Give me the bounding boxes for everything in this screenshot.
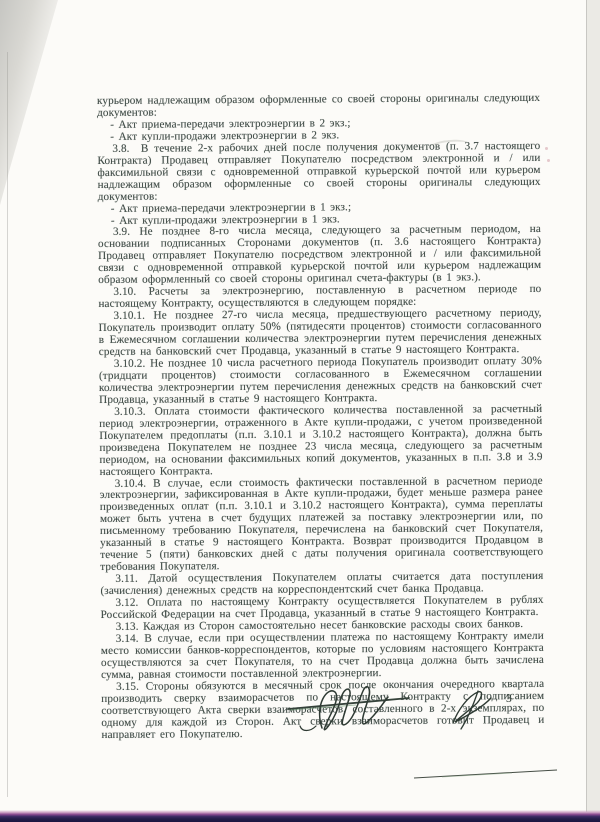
fold-line xyxy=(412,766,560,780)
scan-edge-right-line xyxy=(586,0,587,812)
contract-paragraph: 3.10.1. Не позднее 27-го числа месяца, п… xyxy=(99,308,542,359)
scan-corner-shadow xyxy=(0,0,72,230)
contract-paragraph: 3.10.2. Не позднее 10 числа расчетного п… xyxy=(99,356,542,407)
scanned-page: курьером надлежащим образом оформленные … xyxy=(0,0,600,822)
page-number: 3 xyxy=(506,693,512,705)
scanner-bed-strip xyxy=(0,810,600,822)
contract-paragraph: 3.10.4. В случае, если стоимость фактиче… xyxy=(100,475,544,574)
contract-body: курьером надлежащим образом оформленные … xyxy=(97,93,544,742)
scan-edge-right-band xyxy=(587,0,600,812)
scan-speck xyxy=(545,147,548,150)
contract-paragraph: 3.14. В случае, если при осуществлении п… xyxy=(101,631,544,682)
scan-edge-left xyxy=(7,52,8,797)
contract-paragraph: 3.10.3. Оплата стоимости фактического ко… xyxy=(99,404,542,479)
contract-paragraph: 3.15. Стороны обязуются в месячный срок … xyxy=(101,679,544,742)
scan-speck xyxy=(547,159,550,162)
contract-paragraph: 3.9. Не позднее 8-го числа месяца, следу… xyxy=(98,224,541,287)
contract-paragraph: 3.8. В течение 2-х рабочих дней после по… xyxy=(97,141,540,204)
contract-paragraph: курьером надлежащим образом оформленные … xyxy=(97,93,540,120)
